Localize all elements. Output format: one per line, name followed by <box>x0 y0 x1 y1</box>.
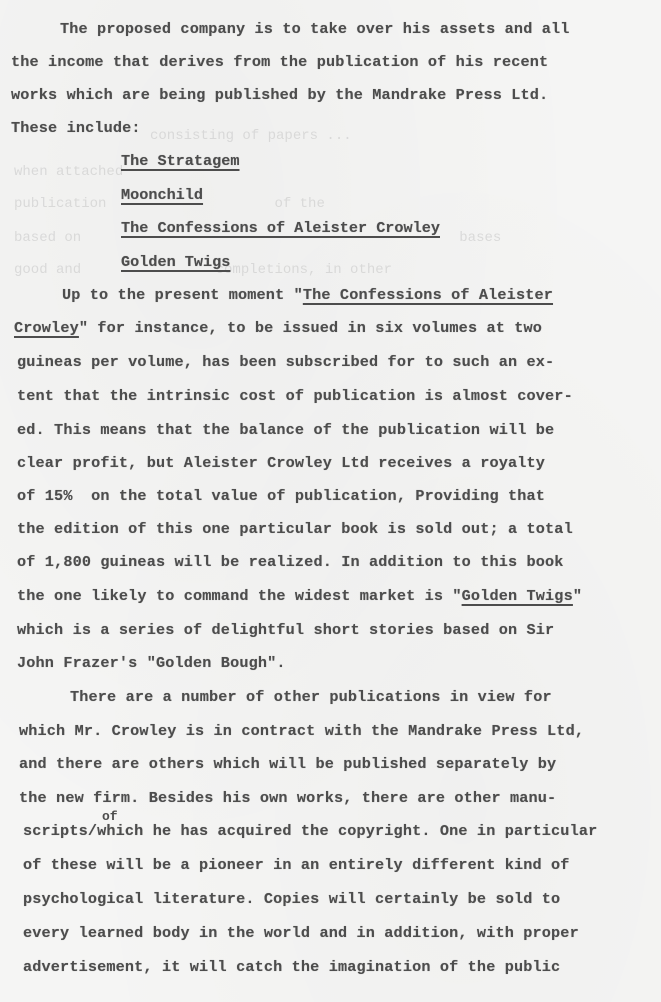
paragraph-3-line-3: and there are others which will be publi… <box>19 755 556 773</box>
paragraph-3-line-5: scripts/which he has acquired the copyri… <box>23 822 597 840</box>
paragraph-1-line-4: These include: <box>11 119 141 137</box>
paragraph-2-line-2: Crowley" for instance, to be issued in s… <box>14 319 542 337</box>
paragraph-2-line-9: of 1,800 guineas will be realized. In ad… <box>17 553 564 571</box>
paragraph-3-line-2: which Mr. Crowley is in contract with th… <box>19 722 584 740</box>
paragraph-2-line-2-suffix: " for instance, to be issued in six volu… <box>79 319 542 337</box>
paragraph-2-line-5: ed. This means that the balance of the p… <box>17 421 554 439</box>
paragraph-1-line-1: The proposed company is to take over his… <box>60 20 570 38</box>
paragraph-3-line-6: of these will be a pioneer in an entirel… <box>23 856 570 874</box>
underlined-title-crowley: Crowley <box>14 319 79 337</box>
title-golden-twigs: Golden Twigs <box>121 253 230 271</box>
bleed-through-text: consisting of papers ... <box>150 128 352 144</box>
golden-twigs-prefix: the one likely to command the widest mar… <box>17 587 462 605</box>
paragraph-2-line-10: the one likely to command the widest mar… <box>17 587 582 605</box>
paragraph-2-line-7: of 15% on the total value of publication… <box>17 487 545 505</box>
paragraph-1-line-2: the income that derives from the publica… <box>11 53 548 71</box>
paragraph-3-line-7: psychological literature. Copies will ce… <box>23 890 560 908</box>
bleed-through-text: when attached <box>14 164 123 180</box>
paragraph-3-line-4: the new firm. Besides his own works, the… <box>19 789 556 807</box>
paragraph-3-line-9: advertisement, it will catch the imagina… <box>23 958 560 976</box>
paragraph-2-line-1-prefix: Up to the present moment " <box>62 286 303 304</box>
title-confessions: The Confessions of Aleister Crowley <box>121 219 440 237</box>
paragraph-1-line-3: works which are being published by the M… <box>11 86 548 104</box>
paragraph-2-line-8: the edition of this one particular book … <box>17 520 573 538</box>
paragraph-2-line-6: clear profit, but Aleister Crowley Ltd r… <box>17 454 545 472</box>
paragraph-2-line-3: guineas per volume, has been subscribed … <box>17 353 554 371</box>
underlined-title-golden-twigs: Golden Twigs <box>462 587 573 605</box>
paragraph-2-line-1: Up to the present moment "The Confession… <box>62 286 553 304</box>
golden-twigs-suffix: " <box>573 587 582 605</box>
title-the-stratagem: The Stratagem <box>121 152 239 170</box>
paragraph-2-line-12: John Frazer's "Golden Bough". <box>17 654 286 672</box>
paragraph-2-line-4: tent that the intrinsic cost of publicat… <box>17 387 573 405</box>
paragraph-3-line-1: There are a number of other publications… <box>70 688 552 706</box>
paragraph-3-line-8: every learned body in the world and in a… <box>23 924 579 942</box>
title-moonchild: Moonchild <box>121 186 203 204</box>
underlined-title-confessions: The Confessions of Aleister <box>303 286 553 304</box>
typewritten-page: consisting of papers ... when attached p… <box>0 0 661 1002</box>
paragraph-2-line-11: which is a series of delightful short st… <box>17 621 554 639</box>
